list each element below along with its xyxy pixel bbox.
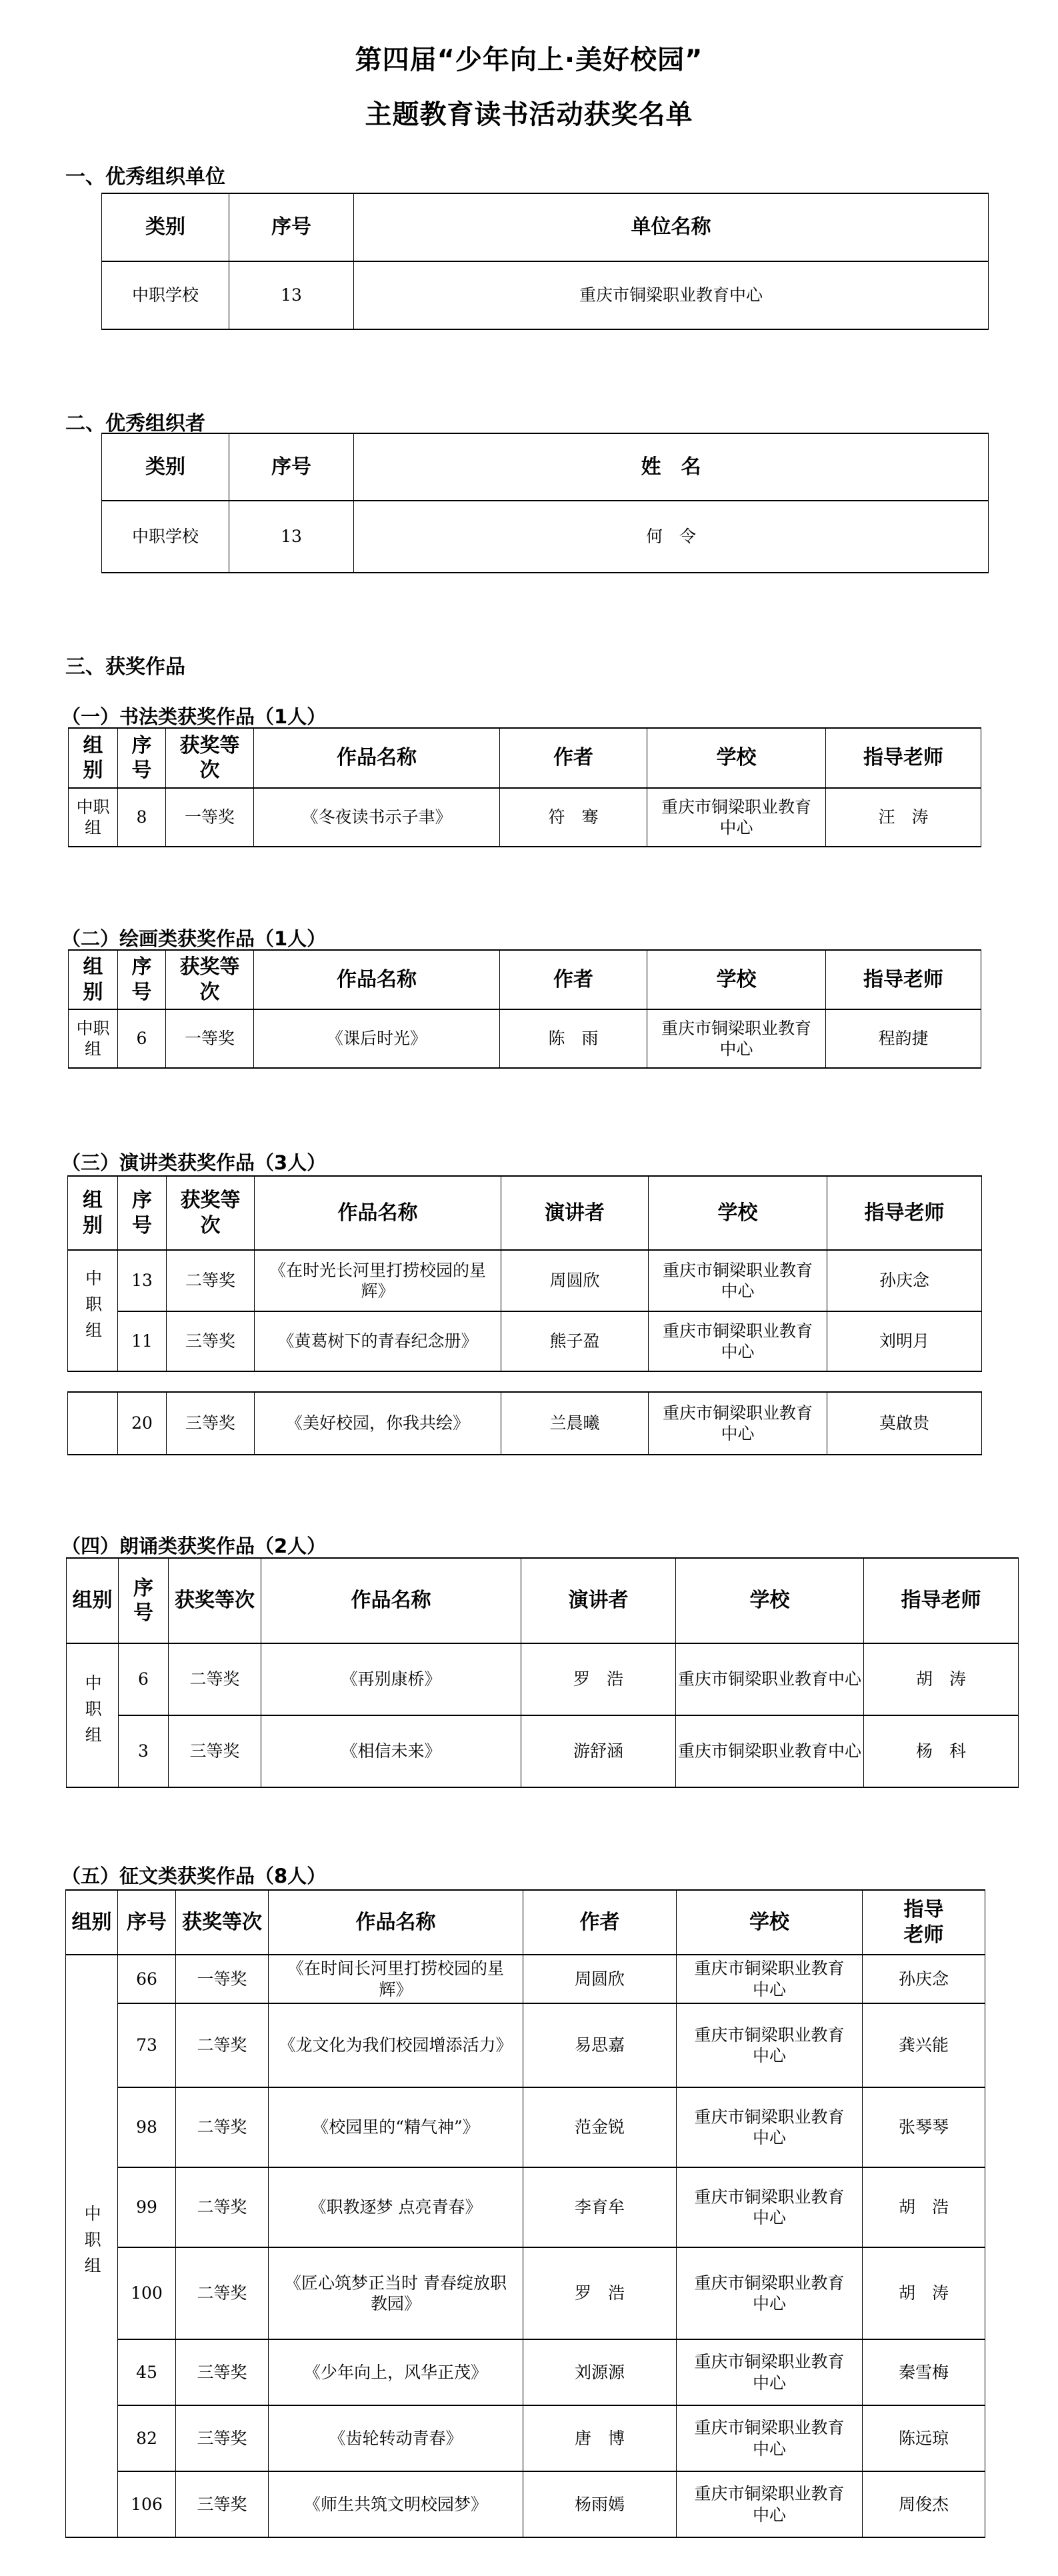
cell-work: 《美好校园，你我共绘》 [255,1392,501,1455]
table-row: 中职组 6 二等奖 《再别康桥》 罗 浩 重庆市铜梁职业教育中心 胡 涛 [67,1643,1019,1715]
header-school: 学校 [647,950,826,1009]
cell-teacher: 张琴琴 [863,2087,985,2167]
header-group: 组别 [67,1558,119,1643]
header-teacher: 指导老师 [864,1558,1019,1643]
cell-school: 重庆市铜梁职业教育中心 [647,788,826,847]
cell-work: 《在时间长河里打捞校园的星辉》 [269,1955,523,2003]
cell-no: 6 [118,1009,166,1068]
cell-speaker: 兰晨曦 [501,1392,649,1455]
header-school: 学校 [676,1558,864,1643]
cell-no: 8 [118,788,166,847]
table-header-row: 组别 序号 获奖等次 作品名称 作者 学校 指导老师 [69,728,981,788]
cell-school: 重庆市铜梁职业教育中心 [647,1009,826,1068]
cell-no: 82 [118,2405,176,2471]
cell-award: 三等奖 [176,2339,269,2405]
document-title-line1: 第四届“少年向上·美好校园” [0,39,1058,77]
header-award: 获奖等次 [166,728,254,788]
header-category: 类别 [102,193,229,261]
cell-group: 中职组 [69,1009,118,1068]
cell-no: 106 [118,2471,176,2537]
document-title-line2: 主题教育读书活动获奖名单 [0,93,1058,131]
table-header-row: 组别 序号 获奖等次 作品名称 作者 学校 指导老师 [69,950,981,1009]
cell-no: 20 [118,1392,167,1455]
cell-teacher: 陈远琼 [863,2405,985,2471]
speech-extra-table: 20 三等奖 《美好校园，你我共绘》 兰晨曦 重庆市铜梁职业教育中心 莫啟贵 [67,1391,982,1455]
cell-no: 100 [118,2247,176,2339]
table-row: 11 三等奖 《黄葛树下的青春纪念册》 熊子盈 重庆市铜梁职业教育中心 刘明月 [68,1311,982,1371]
cell-no: 99 [118,2167,176,2247]
header-work: 作品名称 [254,950,500,1009]
header-teacher: 指导老师 [826,950,981,1009]
speech-table: 组别 序号 获奖等次 作品名称 演讲者 学校 指导老师 中职组 13 二等奖 《… [67,1175,982,1372]
cell-school: 重庆市铜梁职业教育中心 [649,1311,827,1371]
cell-no: 73 [118,2003,176,2087]
cell-school: 重庆市铜梁职业教育中心 [649,1250,827,1311]
cell-speaker: 熊子盈 [501,1311,649,1371]
header-group: 组别 [69,950,118,1009]
cell-category: 中职学校 [102,261,229,329]
cell-author: 范金锐 [523,2087,677,2167]
cell-work: 《黄葛树下的青春纪念册》 [255,1311,501,1371]
cell-group: 中职组 [68,1250,118,1371]
cell-award: 一等奖 [176,1955,269,2003]
cell-teacher: 胡 浩 [863,2167,985,2247]
cell-work: 《匠心筑梦正当时 青春绽放职教园》 [269,2247,523,2339]
header-no: 序号 [229,433,354,501]
table-header-row: 类别 序号 单位名称 [102,193,989,261]
cell-author: 易思嘉 [523,2003,677,2087]
table-row: 中职学校 13 重庆市铜梁职业教育中心 [102,261,989,329]
table-row: 中职学校 13 何 令 [102,501,989,573]
cell-school: 重庆市铜梁职业教育中心 [677,2167,863,2247]
cell-teacher: 孙庆念 [863,1955,985,2003]
essay-table-main: 组别 序号 获奖等次 作品名称 作者 学校 指导老师 中职组 66 一等奖 《在… [65,1889,985,2538]
cell-award: 二等奖 [176,2167,269,2247]
calligraphy-table: 组别 序号 获奖等次 作品名称 作者 学校 指导老师 中职组 8 一等奖 《冬夜… [68,727,981,847]
cell-unit-name: 重庆市铜梁职业教育中心 [354,261,989,329]
cell-work: 《职教逐梦 点亮青春》 [269,2167,523,2247]
cell-work: 《冬夜读书示子聿》 [254,788,500,847]
header-work: 作品名称 [269,1890,523,1955]
cell-no: 98 [118,2087,176,2167]
cell-author: 周圆欣 [523,1955,677,2003]
organizer-table: 类别 序号 姓 名 中职学校 13 何 令 [101,433,989,573]
cell-award: 三等奖 [176,2471,269,2537]
cell-school: 重庆市铜梁职业教育中心 [676,1715,864,1787]
cell-school: 重庆市铜梁职业教育中心 [649,1392,827,1455]
cell-group [68,1392,118,1455]
cell-group: 中职组 [66,1955,118,2537]
cell-no: 3 [119,1715,169,1787]
cell-work: 《校园里的“精气神”》 [269,2087,523,2167]
header-teacher: 指导老师 [826,728,981,788]
painting-heading: （二）绘画类获奖作品（1人） [61,924,326,951]
cell-teacher: 龚兴能 [863,2003,985,2087]
cell-author: 罗 浩 [523,2247,677,2339]
cell-award: 三等奖 [169,1715,261,1787]
recitation-table-main: 组别 序号 获奖等次 作品名称 演讲者 学校 指导老师 中职组 6 二等奖 《再… [66,1557,1019,1788]
table-header-row: 组别 序号 获奖等次 作品名称 演讲者 学校 指导老师 [67,1558,1019,1643]
cell-no: 11 [118,1311,167,1371]
cell-school: 重庆市铜梁职业教育中心 [677,2003,863,2087]
cell-work: 《龙文化为我们校园增添活力》 [269,2003,523,2087]
cell-no: 6 [119,1643,169,1715]
painting-table: 组别 序号 获奖等次 作品名称 作者 学校 指导老师 中职组 6 一等奖 《课后… [68,949,981,1069]
cell-speaker: 罗 浩 [521,1643,676,1715]
table-header-row: 类别 序号 姓 名 [102,433,989,501]
cell-work: 《相信未来》 [261,1715,521,1787]
cell-work: 《少年向上，风华正茂》 [269,2339,523,2405]
table-row: 中职组 66 一等奖 《在时间长河里打捞校园的星辉》 周圆欣 重庆市铜梁职业教育… [66,1955,985,2003]
cell-author: 唐 博 [523,2405,677,2471]
cell-category: 中职学校 [102,501,229,573]
cell-group: 中职组 [67,1643,119,1787]
cell-school: 重庆市铜梁职业教育中心 [677,2405,863,2471]
cell-award: 三等奖 [167,1392,255,1455]
header-category: 类别 [102,433,229,501]
table-row: 106 三等奖 《师生共筑文明校园梦》 杨雨嫣 重庆市铜梁职业教育中心 周俊杰 [66,2471,985,2537]
cell-school: 重庆市铜梁职业教育中心 [677,2247,863,2339]
header-author: 作者 [523,1890,677,1955]
cell-school: 重庆市铜梁职业教育中心 [676,1643,864,1715]
cell-school: 重庆市铜梁职业教育中心 [677,2087,863,2167]
cell-teacher: 杨 科 [864,1715,1019,1787]
cell-no: 66 [118,1955,176,2003]
table-header-row: 组别 序号 获奖等次 作品名称 作者 学校 指导老师 [66,1890,985,1955]
header-author: 作者 [500,950,647,1009]
table-row: 100 二等奖 《匠心筑梦正当时 青春绽放职教园》 罗 浩 重庆市铜梁职业教育中… [66,2247,985,2339]
table-row: 73 二等奖 《龙文化为我们校园增添活力》 易思嘉 重庆市铜梁职业教育中心 龚兴… [66,2003,985,2087]
header-speaker: 演讲者 [501,1176,649,1250]
cell-group: 中职组 [69,788,118,847]
header-no: 序号 [119,1558,169,1643]
group-label: 中职组 [82,1674,103,1752]
cell-school: 重庆市铜梁职业教育中心 [677,2471,863,2537]
cell-award: 三等奖 [176,2405,269,2471]
header-no: 序号 [118,1890,176,1955]
header-teacher: 指导老师 [863,1890,985,1955]
cell-teacher: 秦雪梅 [863,2339,985,2405]
cell-no: 13 [118,1250,167,1311]
cell-work: 《再别康桥》 [261,1643,521,1715]
cell-work: 《师生共筑文明校园梦》 [269,2471,523,2537]
cell-work: 《课后时光》 [254,1009,500,1068]
cell-teacher: 胡 涛 [863,2247,985,2339]
header-no: 序号 [229,193,354,261]
table-header-row: 组别 序号 获奖等次 作品名称 演讲者 学校 指导老师 [68,1176,982,1250]
header-no: 序号 [118,950,166,1009]
header-author: 作者 [500,728,647,788]
table-row: 中职组 6 一等奖 《课后时光》 陈 雨 重庆市铜梁职业教育中心 程韵捷 [69,1009,981,1068]
cell-author: 李育牟 [523,2167,677,2247]
cell-award: 二等奖 [176,2003,269,2087]
cell-teacher: 刘明月 [827,1311,982,1371]
group-label: 中职组 [81,2205,102,2283]
header-school: 学校 [647,728,826,788]
cell-award: 二等奖 [176,2087,269,2167]
calligraphy-heading: （一）书法类获奖作品（1人） [61,702,326,729]
table-row: 中职组 8 一等奖 《冬夜读书示子聿》 符 骞 重庆市铜梁职业教育中心 汪 涛 [69,788,981,847]
cell-teacher: 汪 涛 [826,788,981,847]
table-row: 3 三等奖 《相信未来》 游舒涵 重庆市铜梁职业教育中心 杨 科 [67,1715,1019,1787]
cell-award: 二等奖 [167,1250,255,1311]
cell-speaker: 游舒涵 [521,1715,676,1787]
recitation-heading: （四）朗诵类获奖作品（2人） [61,1531,326,1559]
section2-heading: 二、优秀组织者 [65,407,205,436]
header-group: 组别 [66,1890,118,1955]
org-unit-table: 类别 序号 单位名称 中职学校 13 重庆市铜梁职业教育中心 [101,193,989,330]
cell-no: 45 [118,2339,176,2405]
table-row: 98 二等奖 《校园里的“精气神”》 范金锐 重庆市铜梁职业教育中心 张琴琴 [66,2087,985,2167]
cell-school: 重庆市铜梁职业教育中心 [677,1955,863,2003]
table-row: 45 三等奖 《少年向上，风华正茂》 刘源源 重庆市铜梁职业教育中心 秦雪梅 [66,2339,985,2405]
cell-person-name: 何 令 [354,501,989,573]
header-work: 作品名称 [255,1176,501,1250]
cell-award: 一等奖 [166,788,254,847]
header-group: 组别 [68,1176,118,1250]
cell-author: 刘源源 [523,2339,677,2405]
cell-teacher: 莫啟贵 [827,1392,982,1455]
cell-teacher: 孙庆念 [827,1250,982,1311]
cell-no: 13 [229,501,354,573]
header-award: 获奖等次 [167,1176,255,1250]
cell-no: 13 [229,261,354,329]
cell-author: 陈 雨 [500,1009,647,1068]
section3-heading: 三、获奖作品 [65,650,185,679]
header-work: 作品名称 [261,1558,521,1643]
table-row: 中职组 13 二等奖 《在时光长河里打捞校园的星辉》 周圆欣 重庆市铜梁职业教育… [68,1250,982,1311]
cell-award: 二等奖 [176,2247,269,2339]
header-award: 获奖等次 [166,950,254,1009]
header-school: 学校 [649,1176,827,1250]
header-award: 获奖等次 [176,1890,269,1955]
header-award: 获奖等次 [169,1558,261,1643]
cell-award: 三等奖 [167,1311,255,1371]
cell-award: 一等奖 [166,1009,254,1068]
header-school: 学校 [677,1890,863,1955]
header-no: 序号 [118,1176,167,1250]
cell-speaker: 周圆欣 [501,1250,649,1311]
header-work: 作品名称 [254,728,500,788]
cell-work: 《在时光长河里打捞校园的星辉》 [255,1250,501,1311]
header-teacher: 指导老师 [827,1176,982,1250]
header-no: 序号 [118,728,166,788]
cell-school: 重庆市铜梁职业教育中心 [677,2339,863,2405]
cell-teacher: 周俊杰 [863,2471,985,2537]
cell-award: 二等奖 [169,1643,261,1715]
essay-heading: （五）征文类获奖作品（8人） [61,1861,326,1889]
cell-teacher: 胡 涛 [864,1643,1019,1715]
header-speaker: 演讲者 [521,1558,676,1643]
cell-work: 《齿轮转动青春》 [269,2405,523,2471]
cell-author: 杨雨嫣 [523,2471,677,2537]
header-group: 组别 [69,728,118,788]
table-row: 20 三等奖 《美好校园，你我共绘》 兰晨曦 重庆市铜梁职业教育中心 莫啟贵 [68,1392,982,1455]
header-unit-name: 单位名称 [354,193,989,261]
table-row: 82 三等奖 《齿轮转动青春》 唐 博 重庆市铜梁职业教育中心 陈远琼 [66,2405,985,2471]
cell-teacher: 程韵捷 [826,1009,981,1068]
section1-heading: 一、优秀组织单位 [65,160,225,189]
group-label: 中职组 [82,1269,103,1347]
table-row: 99 二等奖 《职教逐梦 点亮青春》 李育牟 重庆市铜梁职业教育中心 胡 浩 [66,2167,985,2247]
cell-author: 符 骞 [500,788,647,847]
header-name: 姓 名 [354,433,989,501]
speech-heading: （三）演讲类获奖作品（3人） [61,1148,326,1175]
